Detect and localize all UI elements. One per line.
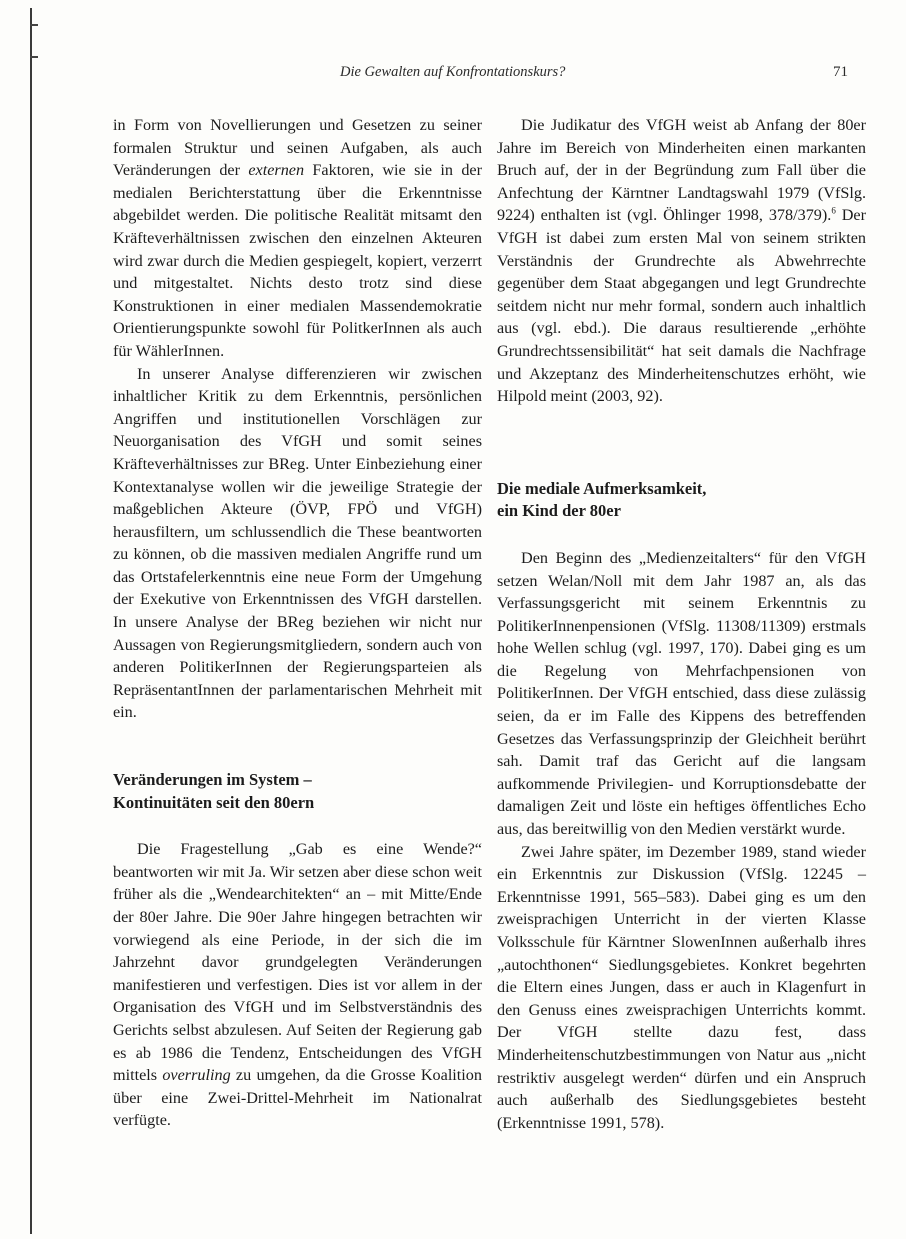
paragraph: Die Judikatur des VfGH weist ab Anfang d… — [497, 114, 866, 408]
paragraph-text: Der VfGH ist dabei zum ersten Mal von se… — [497, 206, 866, 405]
emphasis-text: overruling — [162, 1066, 230, 1084]
paragraph-text: Die Judikatur des VfGH weist ab Anfang d… — [497, 116, 866, 224]
section-heading: Die mediale Aufmerksamkeit, ein Kind der… — [497, 478, 866, 523]
right-column: Die Judikatur des VfGH weist ab Anfang d… — [497, 114, 866, 1134]
section-heading: Veränderungen im System – Kontinuitäten … — [113, 769, 482, 814]
paragraph-text: Faktoren, wie sie in der medialen Berich… — [113, 161, 482, 360]
paragraph: Den Beginn des „Medienzeitalters“ für de… — [497, 547, 866, 841]
paragraph: In unserer Analyse differenzieren wir zw… — [113, 363, 482, 725]
paragraph: Die Fragestellung „Gab es eine Wende?“ b… — [113, 838, 482, 1132]
heading-line: Veränderungen im System – — [113, 770, 312, 789]
emphasis-text: externen — [248, 161, 304, 179]
heading-line: Die mediale Aufmerksamkeit, — [497, 479, 706, 498]
running-title: Die Gewalten auf Konfrontationskurs? — [340, 64, 565, 81]
paragraph: Zwei Jahre später, im Dezember 1989, sta… — [497, 841, 866, 1135]
margin-tick-mark — [30, 24, 38, 26]
paragraph: in Form von Novellierungen und Gesetzen … — [113, 114, 482, 363]
left-column: in Form von Novellierungen und Gesetzen … — [113, 114, 482, 1132]
binding-margin-rule — [30, 8, 32, 1234]
heading-line: Kontinuitäten seit den 80ern — [113, 793, 314, 812]
paragraph-text: Die Fragestellung „Gab es eine Wende?“ b… — [113, 840, 482, 1084]
heading-line: ein Kind der 80er — [497, 501, 621, 520]
margin-tick-mark — [30, 56, 38, 58]
page-number: 71 — [833, 64, 848, 81]
